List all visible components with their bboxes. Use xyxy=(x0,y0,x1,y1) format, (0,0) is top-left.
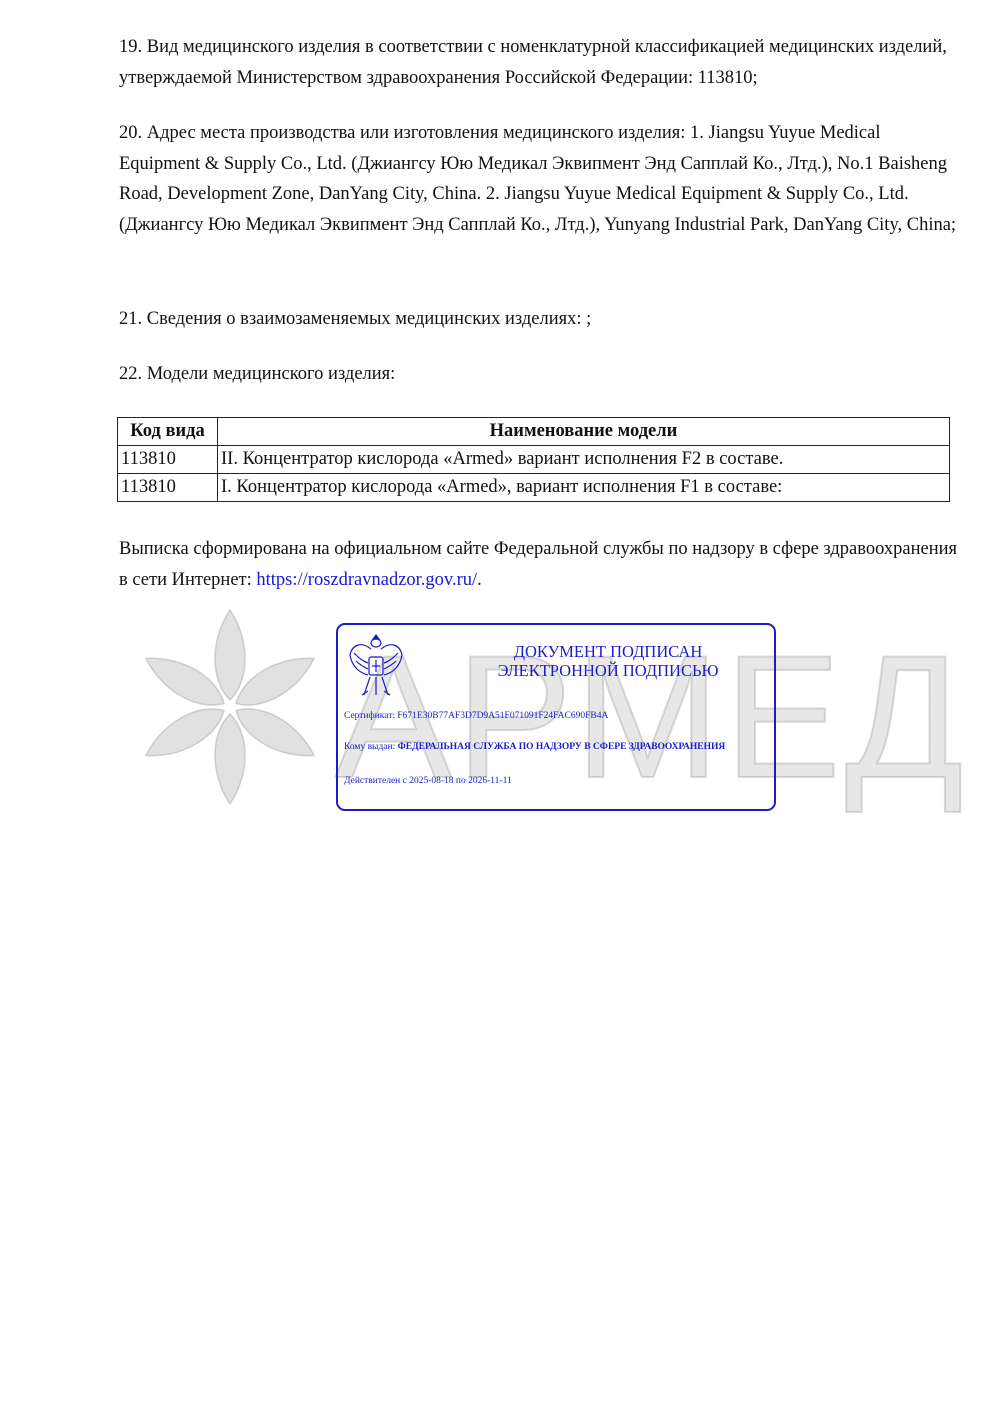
watermark-petal-logo-icon xyxy=(130,600,330,815)
cell-code: 113810 xyxy=(118,446,218,474)
table-row: 113810 II. Концентратор кислорода «Armed… xyxy=(118,446,950,474)
electronic-signature-stamp: ДОКУМЕНТ ПОДПИСАН ЭЛЕКТРОННОЙ ПОДПИСЬЮ С… xyxy=(336,623,776,811)
certificate-value: F671E30B77AF3D7D9A51F071091F24FAC690FB4A xyxy=(397,711,608,721)
footer-note-text: Выписка сформирована на официальном сайт… xyxy=(119,539,957,590)
footer-note-end: . xyxy=(477,570,482,590)
russian-coat-of-arms-icon xyxy=(346,631,406,699)
table-row: 113810 I. Концентратор кислорода «Armed»… xyxy=(118,474,950,502)
stamp-validity: Действителен с 2025-08-18 по 2026-11-11 xyxy=(344,776,512,786)
cell-model-name: I. Концентратор кислорода «Armed», вариа… xyxy=(218,474,950,502)
header-code: Код вида xyxy=(118,418,218,446)
stamp-title-line1: ДОКУМЕНТ ПОДПИСАН xyxy=(458,642,758,661)
models-table: Код вида Наименование модели 113810 II. … xyxy=(117,417,950,502)
issued-to-label: Кому выдан: xyxy=(344,742,398,752)
issued-to-value: ФЕДЕРАЛЬНАЯ СЛУЖБА ПО НАДЗОРУ В СФЕРЕ ЗД… xyxy=(398,742,726,752)
cell-model-name: II. Концентратор кислорода «Armed» вариа… xyxy=(218,446,950,474)
footer-note: Выписка сформирована на официальном сайт… xyxy=(119,534,959,595)
section-22-models-heading: 22. Модели медицинского изделия: xyxy=(119,359,959,390)
cell-code: 113810 xyxy=(118,474,218,502)
roszdravnadzor-link[interactable]: https://roszdravnadzor.gov.ru/ xyxy=(256,570,477,590)
header-model-name: Наименование модели xyxy=(218,418,950,446)
stamp-certificate: Сертификат: F671E30B77AF3D7D9A51F071091F… xyxy=(344,711,608,721)
section-20-production-address: 20. Адрес места производства или изготов… xyxy=(119,118,959,240)
certificate-label: Сертификат: xyxy=(344,711,397,721)
table-header-row: Код вида Наименование модели xyxy=(118,418,950,446)
section-19-nomenclature: 19. Вид медицинского изделия в соответст… xyxy=(119,32,959,93)
stamp-title-line2: ЭЛЕКТРОННОЙ ПОДПИСЬЮ xyxy=(458,661,758,680)
stamp-issued-to: Кому выдан: ФЕДЕРАЛЬНАЯ СЛУЖБА ПО НАДЗОР… xyxy=(344,742,725,752)
stamp-title: ДОКУМЕНТ ПОДПИСАН ЭЛЕКТРОННОЙ ПОДПИСЬЮ xyxy=(458,642,758,680)
section-21-interchangeable: 21. Сведения о взаимозаменяемых медицинс… xyxy=(119,304,959,335)
